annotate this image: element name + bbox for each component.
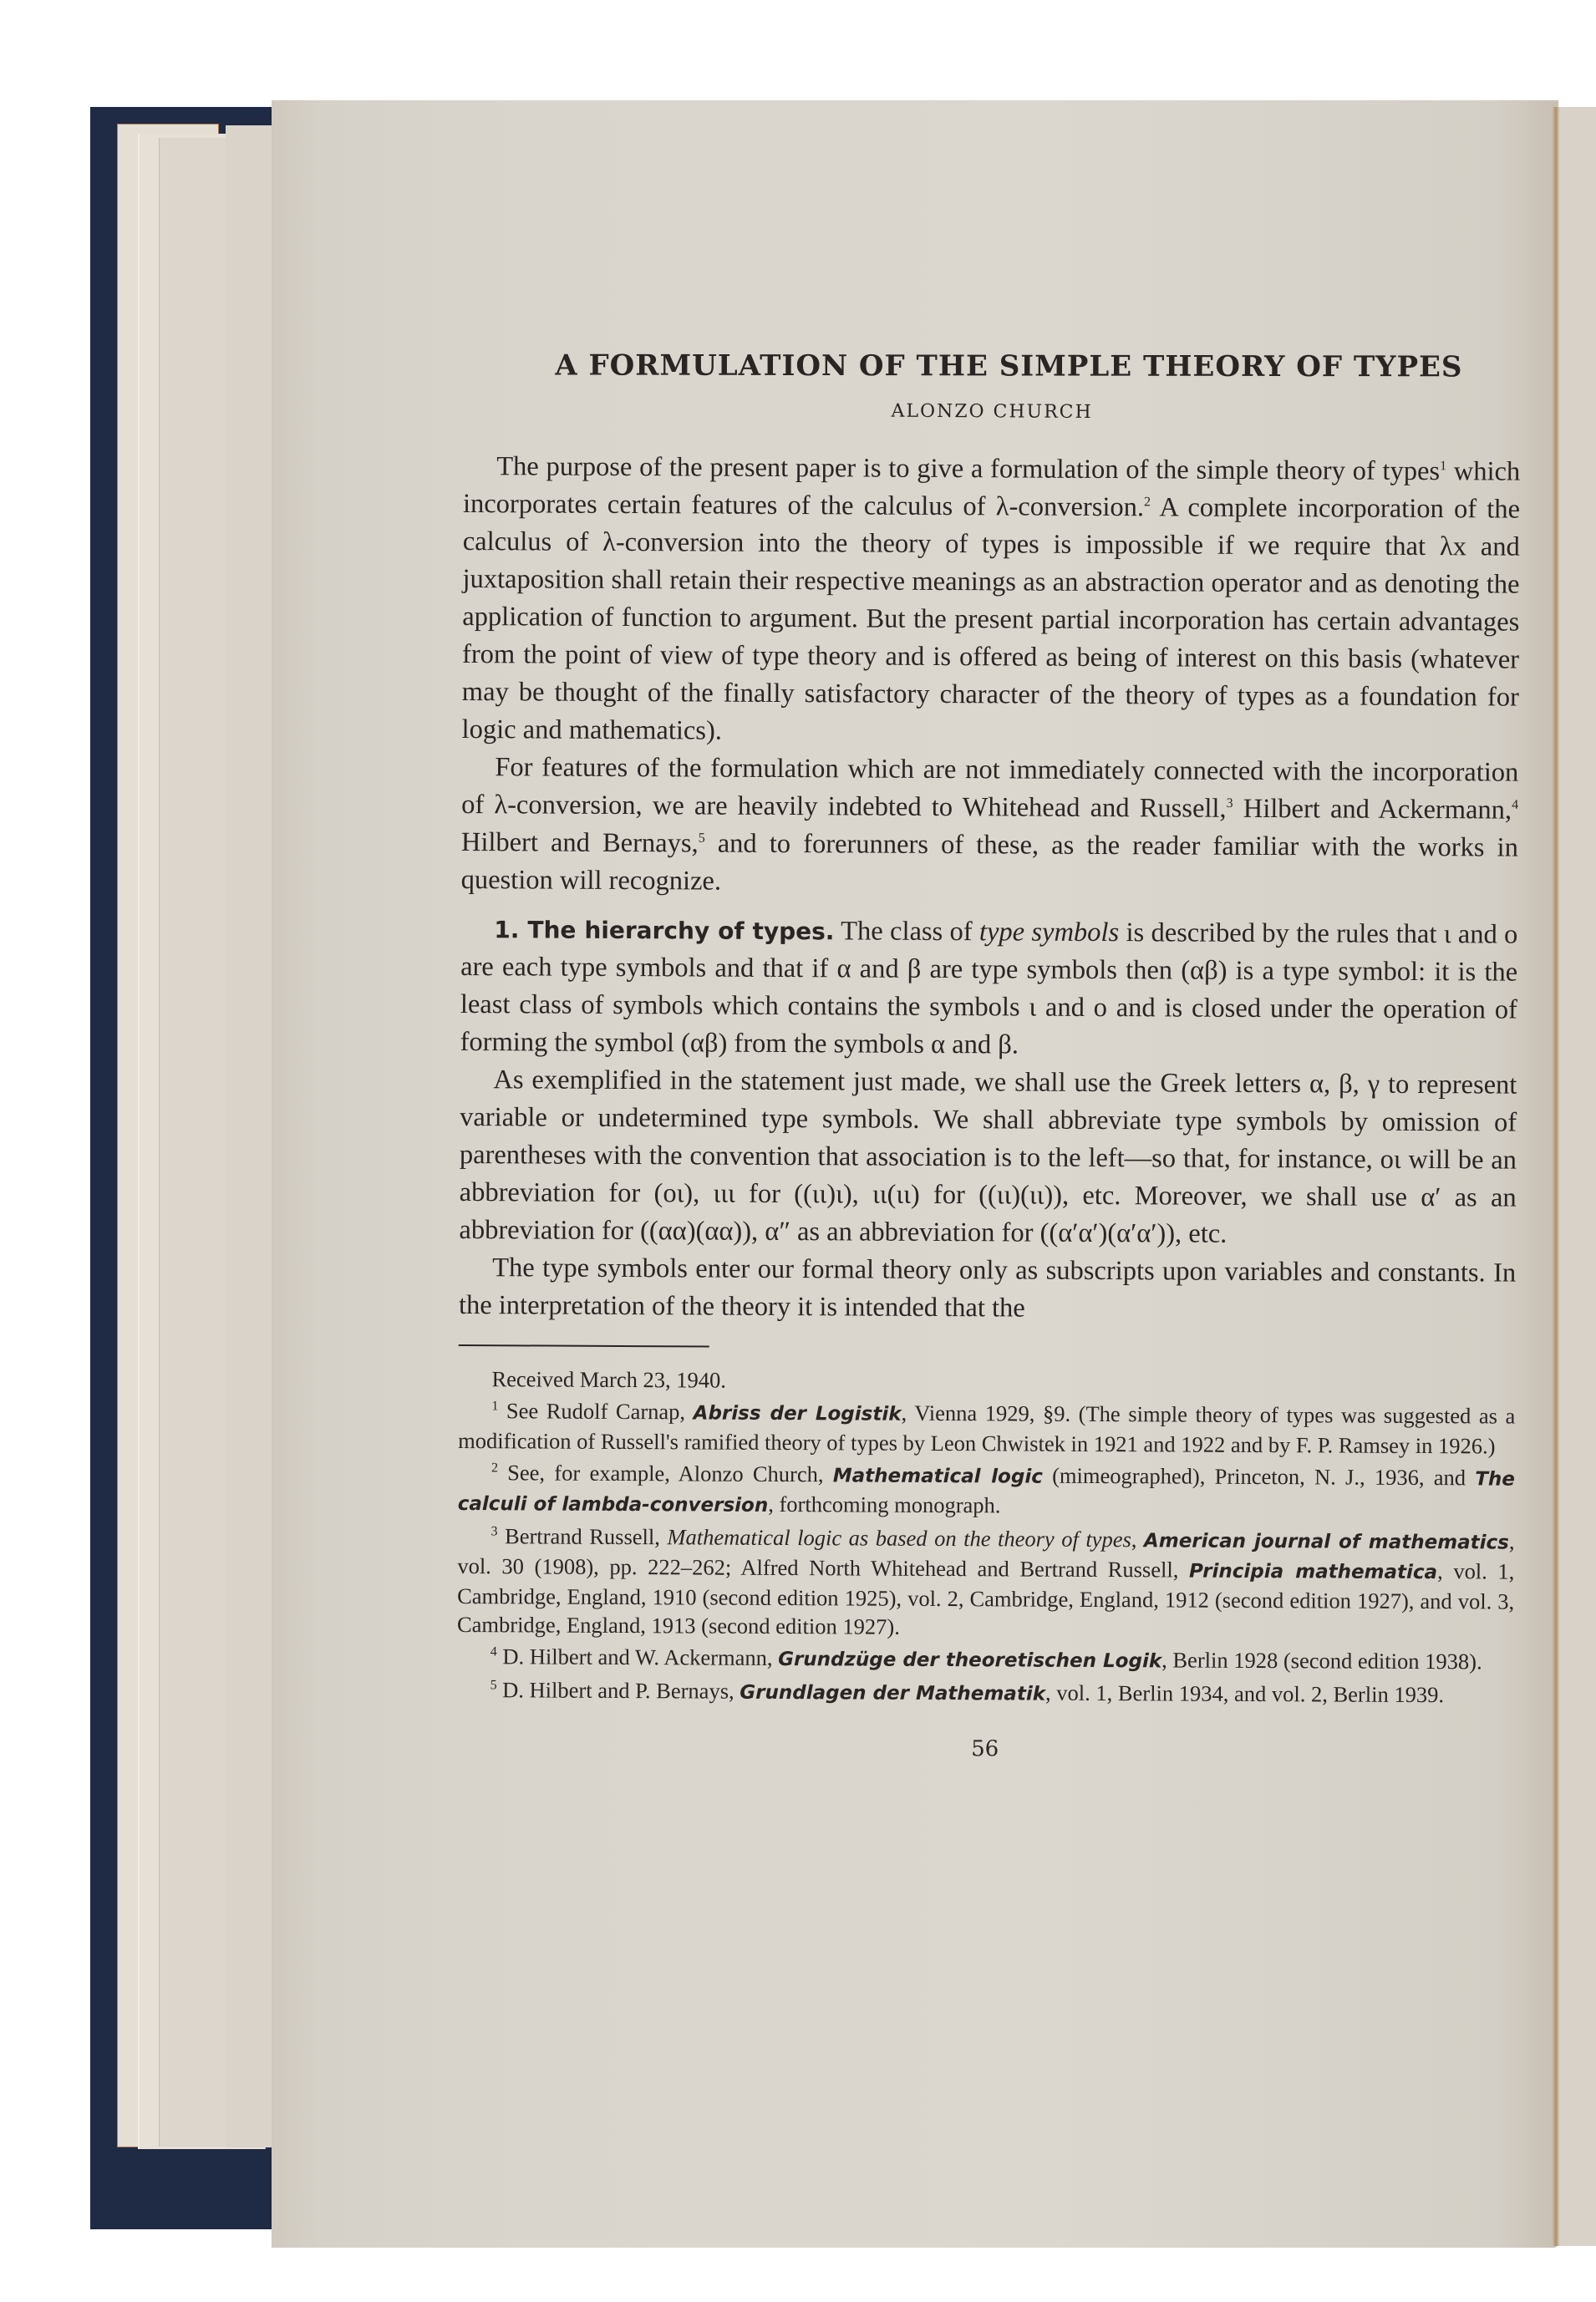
work-title: Mathematical logic as based on the theor… [667, 1524, 1131, 1552]
text: Bertrand Russell, [497, 1523, 667, 1549]
text: , [1131, 1527, 1144, 1552]
footnote-divider [459, 1344, 709, 1348]
paragraph-intro: The purpose of the present paper is to g… [461, 448, 1520, 755]
footnote-mark: 5 [490, 1678, 497, 1692]
footnote-mark: 1 [491, 1399, 498, 1413]
text: (mimeographed), Princeton, N. J., 1936, … [1043, 1463, 1476, 1491]
facing-page-edge [1559, 107, 1596, 2246]
footnote-mark: 4 [490, 1644, 497, 1659]
footnote-mark: 2 [491, 1461, 498, 1475]
article-title: A FORMULATION OF THE SIMPLE THEORY OF TY… [497, 348, 1521, 384]
footnote-ref[interactable]: 5 [699, 831, 705, 846]
work-title: Abriss der Logistik [694, 1402, 902, 1425]
work-title: Grundlagen der Mathematik [740, 1682, 1045, 1705]
footnote-1: 1 See Rudolf Carnap, Abriss der Logistik… [458, 1396, 1515, 1461]
gutter [1553, 107, 1559, 2246]
page-content: A FORMULATION OF THE SIMPLE THEORY OF TY… [456, 347, 1521, 1765]
paragraph-abbreviations: As exemplified in the statement just mad… [459, 1061, 1517, 1255]
text: See, for example, Alonzo Church, [498, 1460, 833, 1486]
footnote-ref[interactable]: 4 [1512, 798, 1518, 812]
work-title: Grundzüge der theoretischen Logik [778, 1649, 1161, 1672]
paragraph-section-1: 1. The hierarchy of types. The class of … [460, 911, 1518, 1067]
footnote-2: 2 See, for example, Alonzo Church, Mathe… [458, 1458, 1515, 1524]
text: Hilbert and Bernays, [461, 827, 699, 858]
text: D. Hilbert and W. Ackermann, [497, 1644, 778, 1670]
paragraph-acknowledgement: For features of the formulation which ar… [461, 749, 1519, 905]
italic-term: type symbols [979, 917, 1119, 948]
paragraph-subscripts: The type symbols enter our formal theory… [459, 1249, 1516, 1330]
footnote-5: 5 D. Hilbert and P. Bernays, Grundlagen … [456, 1675, 1513, 1711]
text: The class of [834, 916, 979, 947]
text: A complete incorporation of the calculus… [462, 492, 1521, 745]
section-heading: 1. The hierarchy of types. [494, 916, 834, 945]
work-title: Mathematical logic [833, 1465, 1043, 1487]
footnote-3: 3 Bertrand Russell, Mathematical logic a… [457, 1522, 1515, 1644]
received-date: Received March 23, 1940. [458, 1364, 1515, 1399]
text: See Rudolf Carnap, [498, 1398, 694, 1424]
text: , vol. 1, Berlin 1934, and vol. 2, Berli… [1045, 1680, 1444, 1707]
journal-title: American journal of mathematics [1144, 1530, 1509, 1553]
footnote-ref[interactable]: 1 [1440, 459, 1446, 473]
text: The purpose of the present paper is to g… [496, 451, 1440, 486]
text: , Berlin 1928 (second edition 1938). [1161, 1647, 1482, 1674]
text: D. Hilbert and P. Bernays, [497, 1677, 740, 1704]
article-author: ALONZO CHURCH [464, 399, 1521, 425]
text: , forthcoming monograph. [768, 1491, 1000, 1517]
footnote-ref[interactable]: 2 [1144, 495, 1151, 509]
text: Hilbert and Ackermann, [1233, 794, 1512, 826]
footnote-mark: 3 [491, 1524, 498, 1538]
work-title: Principia mathematica [1189, 1561, 1437, 1584]
footnote-4: 4 D. Hilbert and W. Ackermann, Grundzüge… [457, 1642, 1514, 1678]
